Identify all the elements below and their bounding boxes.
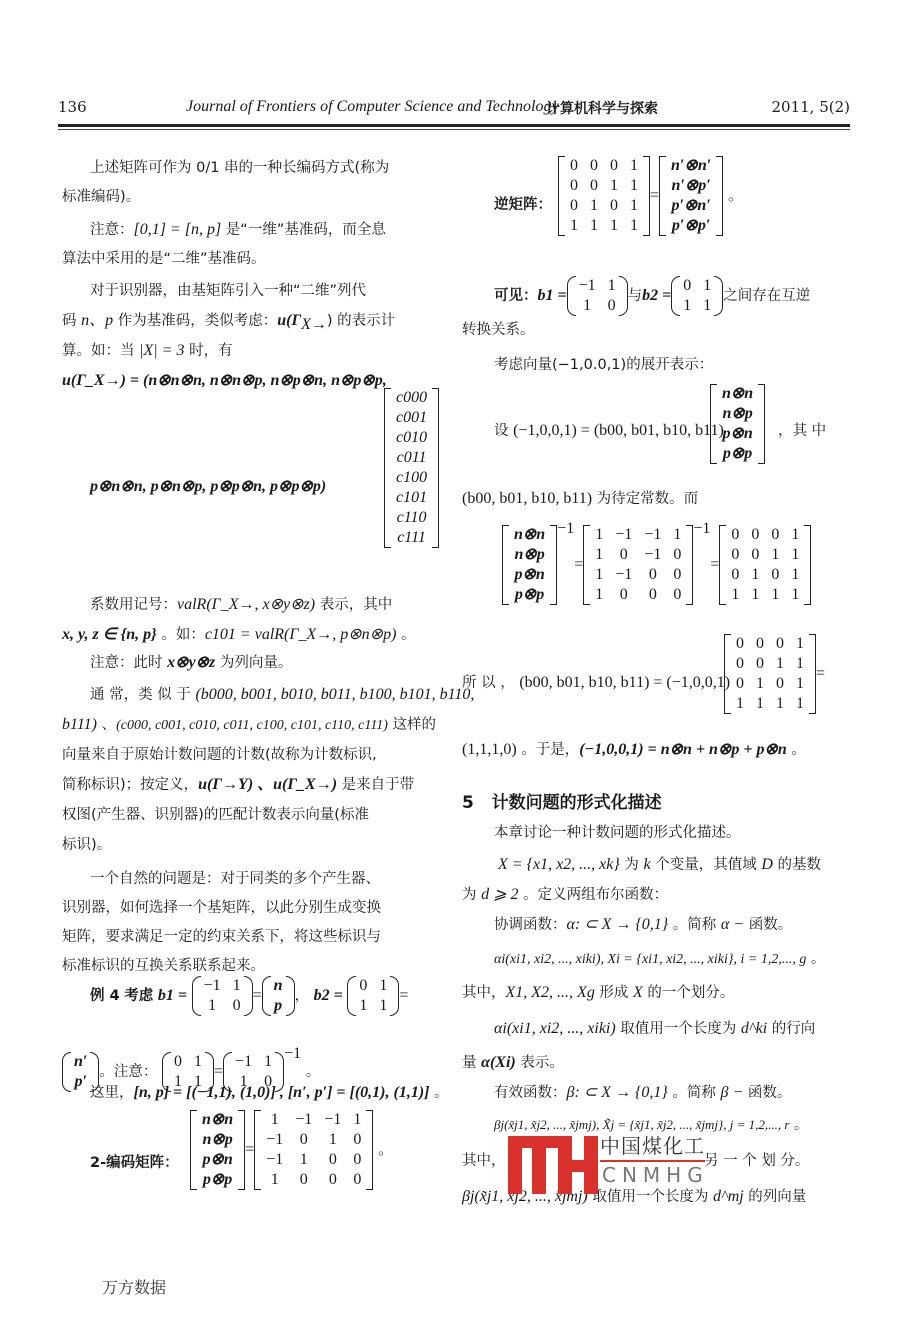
- paragraph-line: 这里，[n, p] = [(−1,1), (1,0)] , [n′, p′] =…: [90, 1078, 449, 1108]
- coefficient-vector: c000 c001 c010 c011 c100 c101 c110 c111: [384, 388, 439, 548]
- paragraph-line: αi(xi1, xi2, ..., xiki) 取值用一个长度为 d^ki 的行…: [494, 1014, 815, 1044]
- paragraph-line: 有效函数：β: ⊂ X → {0,1} 。简称 β − 函数。: [494, 1078, 791, 1108]
- paragraph-line: 算。如：当 |X| = 3 时，有: [62, 336, 233, 366]
- paragraph-line: 权图(产生器、识别器)的匹配计数表示向量(标准: [62, 800, 369, 830]
- inverse-matrix-label: 逆矩阵：: [494, 190, 552, 220]
- paragraph-line: 注意：[0,1] = [n, p] 是“一维”基准码，而全息: [90, 215, 386, 245]
- paragraph-line: 所 以 ， (b00, b01, b10, b11) = (−1,0,0,1): [462, 668, 730, 698]
- paragraph-line: 一个自然的问题是：对于同类的多个产生器、: [90, 864, 380, 894]
- paragraph-line: (b00, b01, b10, b11) 为待定常数。而: [462, 484, 698, 514]
- paragraph-line: 可见：b1 = −11 10 与b2 = 01 11 之间存在互逆: [494, 266, 810, 326]
- encoding-matrix-label: 2-编码矩阵：: [90, 1148, 179, 1178]
- header-rule-thin: [58, 129, 850, 130]
- inverse-equation: n⊗n n⊗p p⊗n p⊗p −1= 1−1−11 10−10 1−100 1…: [502, 520, 811, 605]
- watermark-text-cn: 中国煤化工: [600, 1130, 705, 1159]
- paragraph-line: (1,1,1,0) 。于是，(−1,0,0,1) = n⊗n + n⊗p + p…: [462, 735, 806, 765]
- paragraph-line: 简称标识)；按定义，u(Γ→Y) 、u(Γ_X→) 是来自于带: [62, 770, 414, 800]
- paragraph-line: 上述矩阵可作为 0/1 串的一种长编码方式(称为: [90, 153, 389, 183]
- paragraph-line: 其中，: [462, 1146, 506, 1176]
- equation-line: p⊗n⊗n, p⊗n⊗p, p⊗p⊗n, p⊗p⊗p): [90, 472, 326, 502]
- paragraph-line: 标识)。: [62, 830, 111, 860]
- section-heading: 5 计数问题的形式化描述: [462, 788, 662, 818]
- header-rule-thick: [58, 124, 850, 127]
- paragraph-line: 本章讨论一种计数问题的形式化描述。: [494, 818, 741, 848]
- journal-title-cn: 计算机科学与探索: [546, 98, 658, 118]
- paragraph-line: 系数用记号：valR(Γ_X→, x⊗y⊗z) 表示，其中: [90, 590, 392, 620]
- paragraph-line: 对于识别器，由基矩阵引入一种“二维”列代: [90, 276, 366, 306]
- inverse-matrix-equation: 0001 0011 0101 1111 = n′⊗n′ n′⊗p′ p′⊗n′ …: [558, 156, 743, 236]
- page-number: 136: [58, 98, 87, 116]
- watermark-text-en: CNMHG: [602, 1163, 709, 1187]
- paragraph-line: X = {x1, x2, ..., xk} 为 k 个变量，其值域 D 的基数: [498, 850, 821, 880]
- paragraph-line: 协调函数：α: ⊂ X → {0,1} 。简称 α − 函数。: [494, 910, 792, 940]
- running-header: 136 Journal of Frontiers of Computer Sci…: [58, 98, 850, 120]
- paragraph-line: 码 n、p 作为基准码，类似考虑：u(ΓX→) 的表示计: [62, 306, 395, 340]
- paragraph-line: 识别器，如何选择一个基矩阵，以此分别生成变换: [62, 893, 381, 923]
- paragraph-line: b111) 、(c000, c001, c010, c011, c100, c1…: [62, 710, 436, 741]
- paragraph-line: αi(xi1, xi2, ..., xiki), Xi = {xi1, xi2,…: [494, 944, 825, 975]
- paragraph-line: 转换关系。: [462, 315, 535, 345]
- example-4-line: 例 4 考虑 b1 = −11 10 = n p ， b2 = 01 11 =: [90, 966, 408, 1026]
- equation-line: u(Γ_X→) = (n⊗n⊗n, n⊗n⊗p, n⊗p⊗n, n⊗p⊗p,: [62, 366, 387, 396]
- paragraph-line: 通 常，类 似 于 (b000, b001, b010, b011, b100,…: [90, 680, 474, 710]
- paragraph-line: 其中，X1, X2, ..., Xg 形成 X 的一个划分。: [462, 978, 734, 1008]
- paragraph-line: 向量来自于原始计数问题的计数(故称为计数标识,: [62, 740, 377, 770]
- paragraph-line: 注意：此时 x⊗y⊗z 为列向量。: [90, 648, 292, 678]
- encoding-matrix-equation: n⊗n n⊗p p⊗n p⊗p = 1−1−11 −1010 −1100 100…: [190, 1110, 393, 1190]
- paragraph-line: 考虑向量(−1,0.0,1)的展开表示：: [494, 350, 713, 380]
- vector-np: n p: [262, 976, 295, 1016]
- paragraph-line: 量 α(Xi) 表示。: [462, 1048, 564, 1078]
- journal-title-en: Journal of Frontiers of Computer Science…: [186, 98, 559, 116]
- paragraph-line: 设 (−1,0,0,1) = (b00, b01, b10, b11): [494, 416, 724, 446]
- source-footer: 万方数据: [102, 1275, 166, 1298]
- paragraph-line: 为 d ⩾ 2 。定义两组布尔函数：: [462, 880, 668, 910]
- watermark-logo: 中国煤化工 CNMHG: [508, 1128, 713, 1194]
- paragraph-line: 标准编码)。: [62, 182, 140, 212]
- paragraph-line: 算法中采用的是“二维”基准码。: [62, 244, 266, 274]
- paragraph-line: 矩阵，要求满足一定的约束关系下，将这些标识与: [62, 922, 381, 952]
- issue-info: 2011, 5(2): [771, 98, 850, 116]
- matrix-b1: −11 10: [192, 976, 253, 1016]
- paragraph-line: x, y, z ∈ {n, p} 。如：c101 = valR(Γ_X→, p⊗…: [62, 620, 416, 650]
- matrix-b2: 01 11: [347, 976, 399, 1016]
